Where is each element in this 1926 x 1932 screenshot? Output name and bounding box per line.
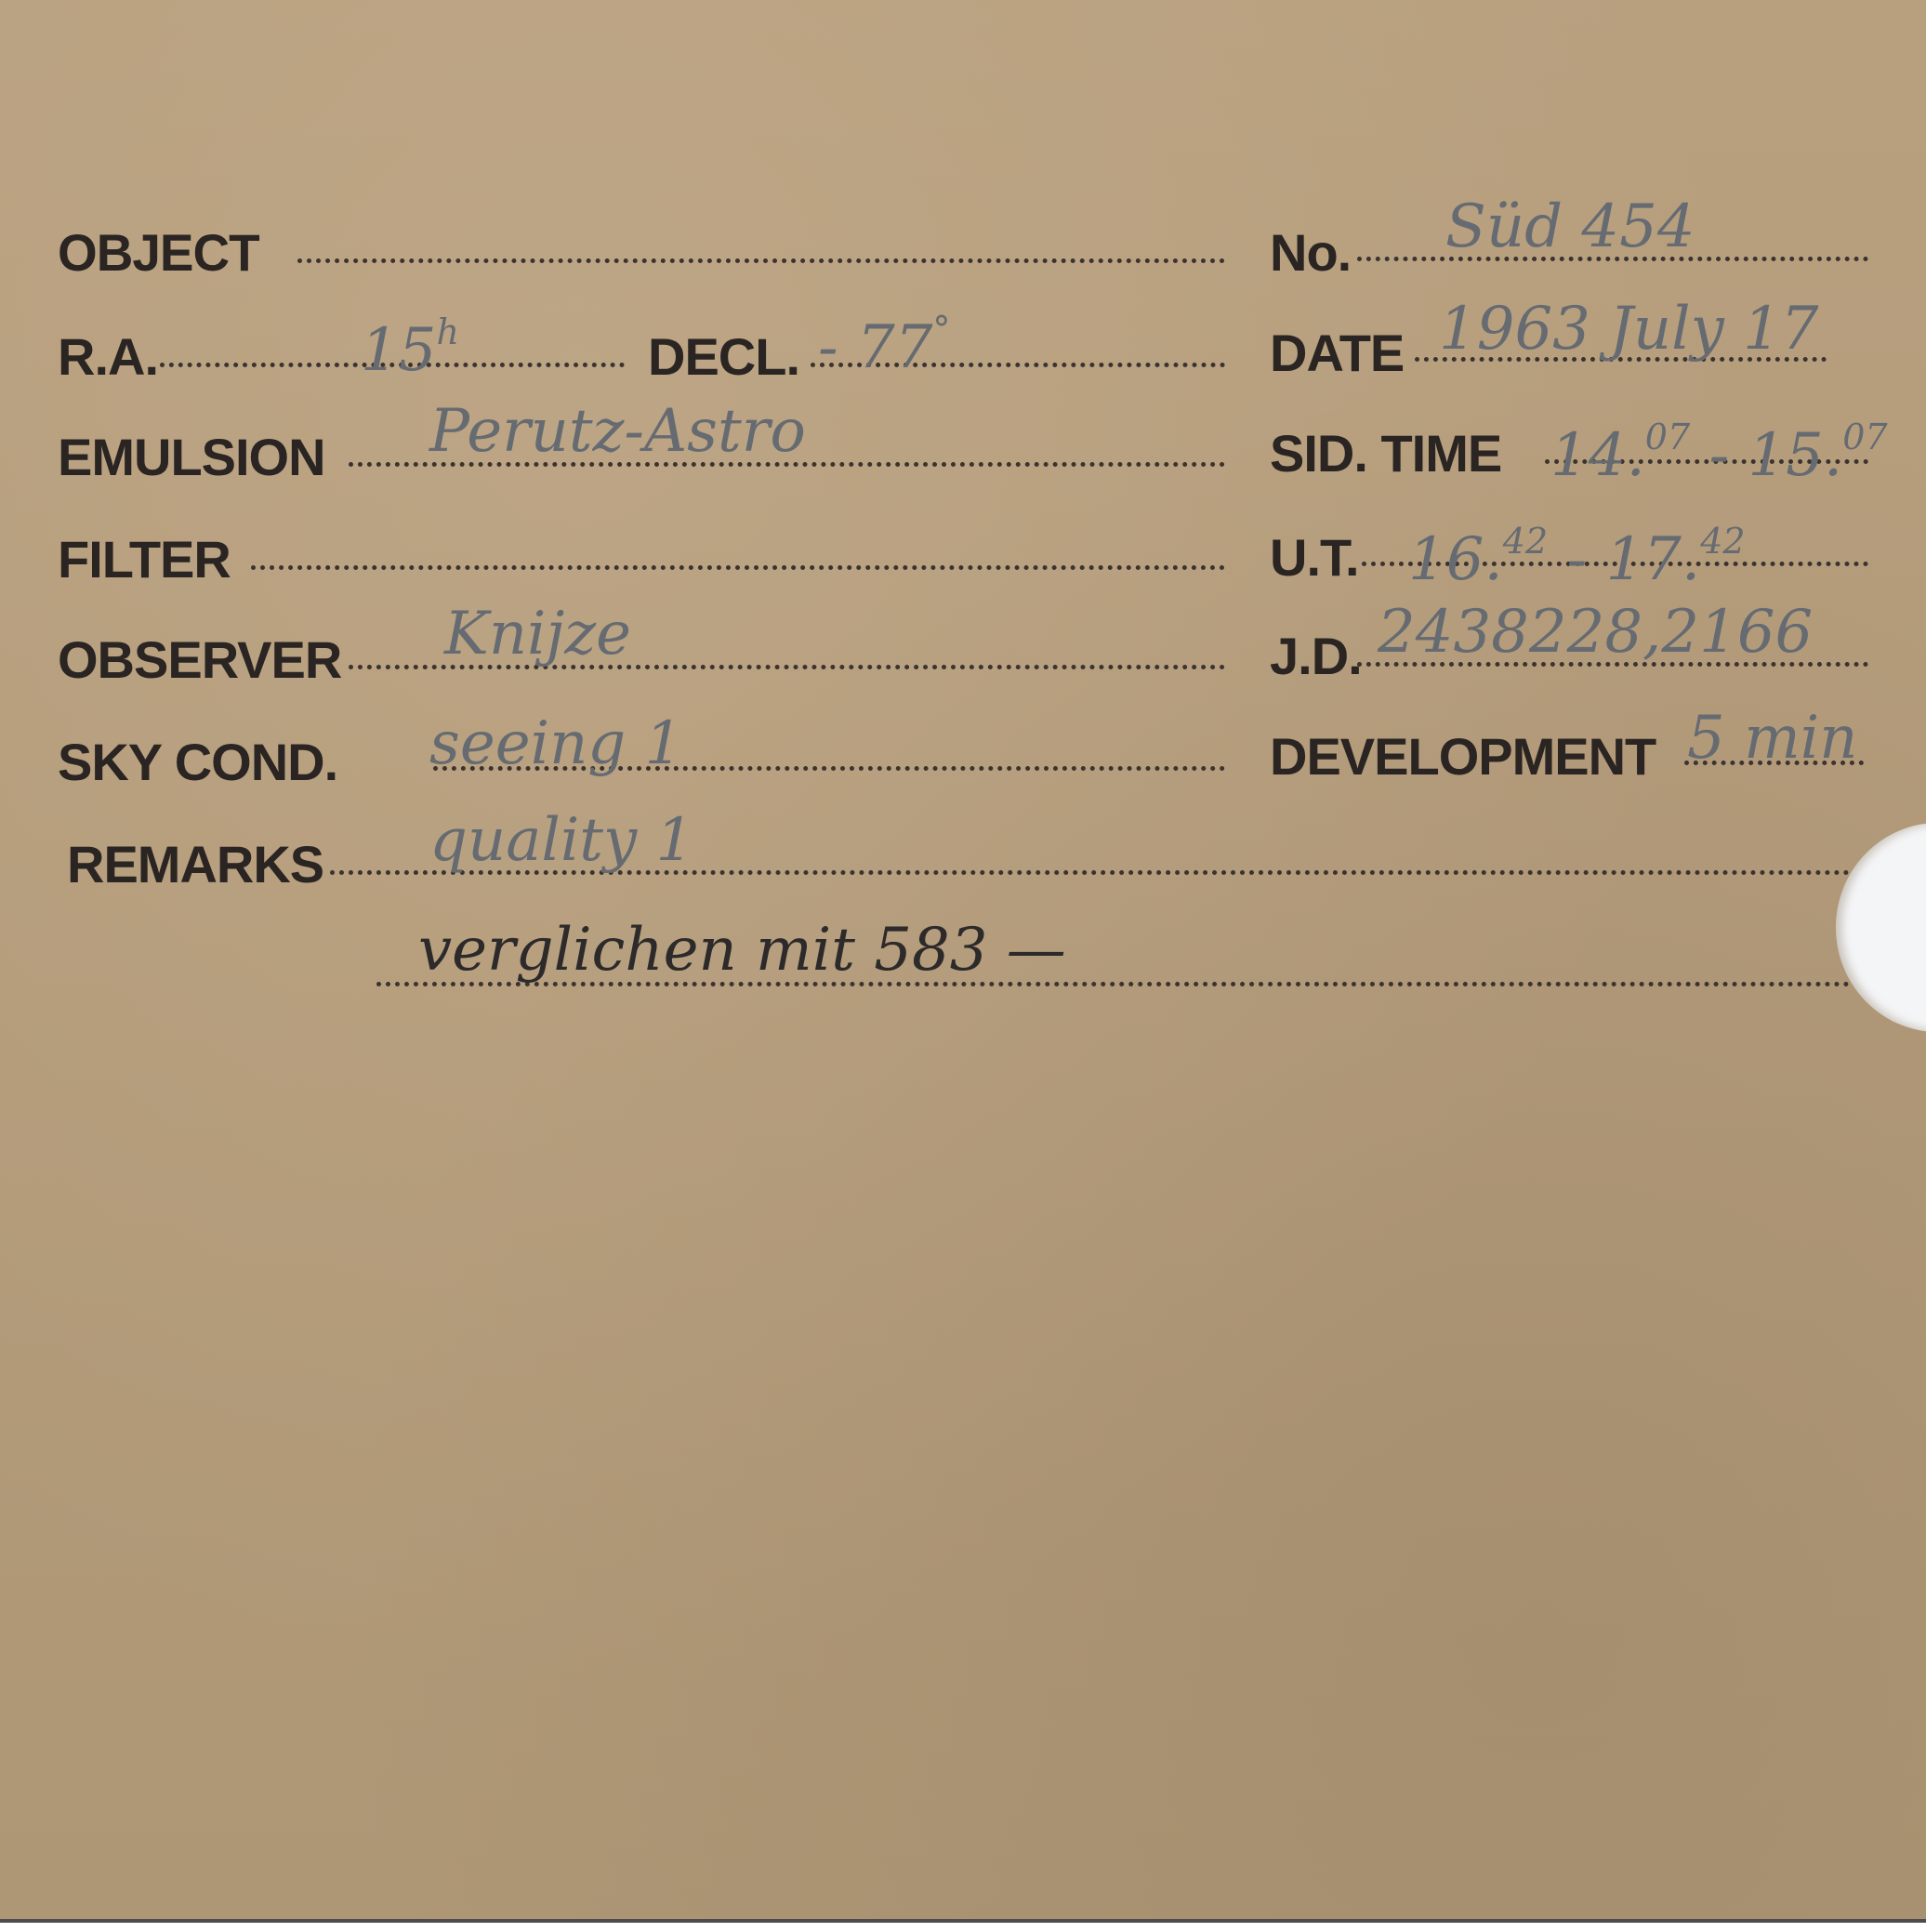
remarks-label: REMARKS	[67, 839, 323, 891]
ra-hours-unit: h	[436, 311, 458, 352]
observer-value: Knijze	[444, 604, 631, 664]
remarks-line2: verglichen mit 583 —	[418, 920, 1066, 980]
remarks-line1: quality 1	[429, 811, 693, 870]
ut-end: 17.	[1605, 525, 1700, 594]
decl-degree-sign: °	[932, 309, 950, 350]
date-label: DATE	[1270, 327, 1404, 379]
decl-value: - 77°	[818, 299, 950, 377]
observer-label: OBSERVER	[58, 634, 341, 686]
development-label: DEVELOPMENT	[1270, 731, 1656, 783]
ut-sep: -	[1548, 525, 1605, 594]
sid-time-value: 14.07 - 15.07	[1550, 407, 1888, 485]
sky-cond-value: seeing 1	[429, 714, 682, 774]
ut-start-min: 42	[1503, 521, 1548, 562]
sid-time-start: 14.	[1550, 421, 1645, 490]
decl-degrees: - 77	[818, 313, 932, 382]
development-value: 5 min	[1687, 708, 1857, 768]
object-label: OBJECT	[58, 227, 259, 279]
thumb-notch	[1836, 823, 1926, 1032]
filter-field[interactable]	[251, 565, 1225, 570]
object-field[interactable]	[297, 258, 1225, 263]
ut-label: U.T.	[1270, 532, 1359, 584]
jd-value: 2438228,2166	[1378, 602, 1813, 662]
ut-end-min: 42	[1700, 521, 1745, 562]
no-value: Süd 454	[1445, 197, 1695, 257]
filter-label: FILTER	[58, 534, 231, 586]
ra-label: R.A.	[58, 331, 158, 383]
sid-time-end-min: 07	[1842, 417, 1887, 457]
sky-cond-label: SKY COND.	[58, 736, 337, 788]
no-label: No.	[1270, 227, 1351, 279]
emulsion-label: EMULSION	[58, 431, 325, 483]
emulsion-value: Perutz-Astro	[429, 402, 806, 461]
ra-value: 15h	[361, 302, 459, 380]
sid-time-start-min: 07	[1645, 417, 1690, 457]
plate-envelope: OBJECT R.A. 15h DECL. - 77° EMULSION Per…	[0, 0, 1926, 1923]
ut-start: 16.	[1408, 525, 1503, 594]
sid-time-sep: -	[1690, 421, 1748, 490]
ut-value: 16.42 - 17.42	[1408, 511, 1746, 589]
date-value: 1963 July 17	[1439, 299, 1819, 359]
decl-label: DECL.	[648, 331, 799, 383]
ra-hours: 15	[361, 316, 436, 385]
jd-label: J.D.	[1270, 630, 1362, 682]
sid-time-label: SID. TIME	[1270, 428, 1501, 480]
sid-time-end: 15.	[1748, 421, 1842, 490]
